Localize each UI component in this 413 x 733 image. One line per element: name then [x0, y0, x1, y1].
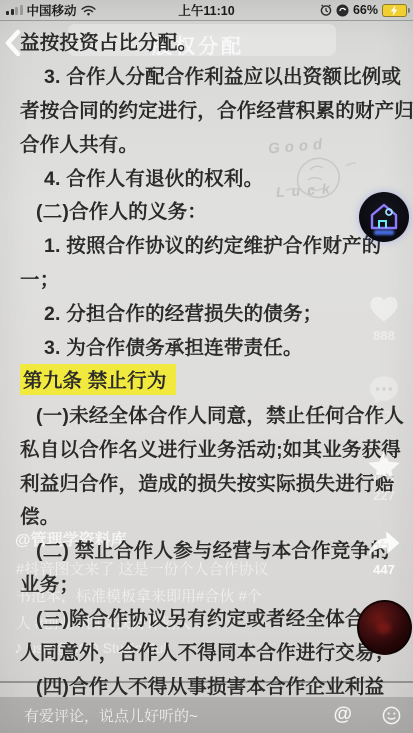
battery-icon	[382, 4, 407, 17]
document-line: 第九条 禁止行为	[0, 363, 413, 397]
wifi-icon	[81, 5, 96, 16]
share-count: 447	[373, 562, 395, 577]
comment-bar: 有爱评论，说点儿好听的~ @	[0, 697, 413, 733]
emoji-button[interactable]	[382, 706, 401, 725]
favorite-button[interactable]: 227	[355, 448, 413, 503]
carrier-label: 中国移动	[27, 1, 77, 19]
document-line: 4. 合作人有退伙的权利。	[0, 160, 413, 194]
share-button[interactable]: 447	[355, 526, 413, 577]
speech-bubble-icon	[366, 372, 402, 406]
document-line: 一；	[0, 261, 413, 295]
signal-icon	[6, 5, 23, 15]
document-line: (三)除合作协议另有约定或者经全体合作	[0, 600, 413, 634]
neon-house-logo-icon	[359, 192, 409, 242]
document-line: 3. 合作人分配合作利益应以出资额比例或	[0, 58, 413, 92]
comment-count: 22	[377, 408, 391, 423]
alarm-icon	[320, 4, 332, 16]
share-arrow-icon	[364, 526, 404, 560]
document-line: (二) 禁止合作人参与经营与本合作竞争的	[0, 532, 413, 566]
back-icon[interactable]	[2, 28, 24, 58]
document-line: 利益归合作，造成的损失按实际损失进行赔	[0, 465, 413, 499]
favorite-count: 227	[373, 488, 395, 503]
document-line: 偿。	[0, 498, 413, 532]
comment-input[interactable]: 有爱评论，说点儿好听的~	[24, 705, 333, 726]
mention-button[interactable]: @	[333, 704, 352, 726]
document-line: 2. 分担合作的经营损失的债务；	[0, 295, 413, 329]
like-button[interactable]: 888	[355, 290, 413, 343]
douyin-video-screen[interactable]: 中国移动 上午11:10 66%	[0, 0, 413, 733]
document-line: 益按投资占比分配。	[0, 24, 413, 58]
star-icon	[364, 448, 404, 486]
rotation-lock-icon	[336, 4, 349, 17]
like-count: 888	[373, 328, 395, 343]
status-bar: 中国移动 上午11:10 66%	[0, 0, 413, 21]
document-line: 业务；	[0, 566, 413, 600]
vinyl-disc-icon	[357, 600, 412, 655]
highlighted-heading: 第九条 禁止行为	[20, 364, 176, 395]
document-line: (二)合作人的义务：	[0, 193, 413, 227]
document-line: 合作人共有。	[0, 126, 413, 160]
document-line: (一)未经全体合作人同意，禁止任何合作人	[0, 397, 413, 431]
document-line: 3. 为合作债务承担连带责任。	[0, 329, 413, 363]
document-line: 者按合同的约定进行，合作经营积累的财产归	[0, 92, 413, 126]
heart-icon	[365, 290, 403, 326]
document-lines: 益按投资占比分配。3. 合作人分配合作利益应以出资额比例或者按合同的约定进行，合…	[0, 24, 413, 702]
action-rail: 888 22 227 447	[355, 0, 413, 733]
document-line: 私自以合作名义进行业务活动;如其业务获得	[0, 431, 413, 465]
document-line: 人同意外，合作人不得同本合作进行交易；	[0, 634, 413, 668]
battery-percent: 66%	[353, 3, 378, 17]
comment-button[interactable]: 22	[355, 372, 413, 423]
document-line: 1. 按照合作协议的约定维护合作财产的	[0, 227, 413, 261]
